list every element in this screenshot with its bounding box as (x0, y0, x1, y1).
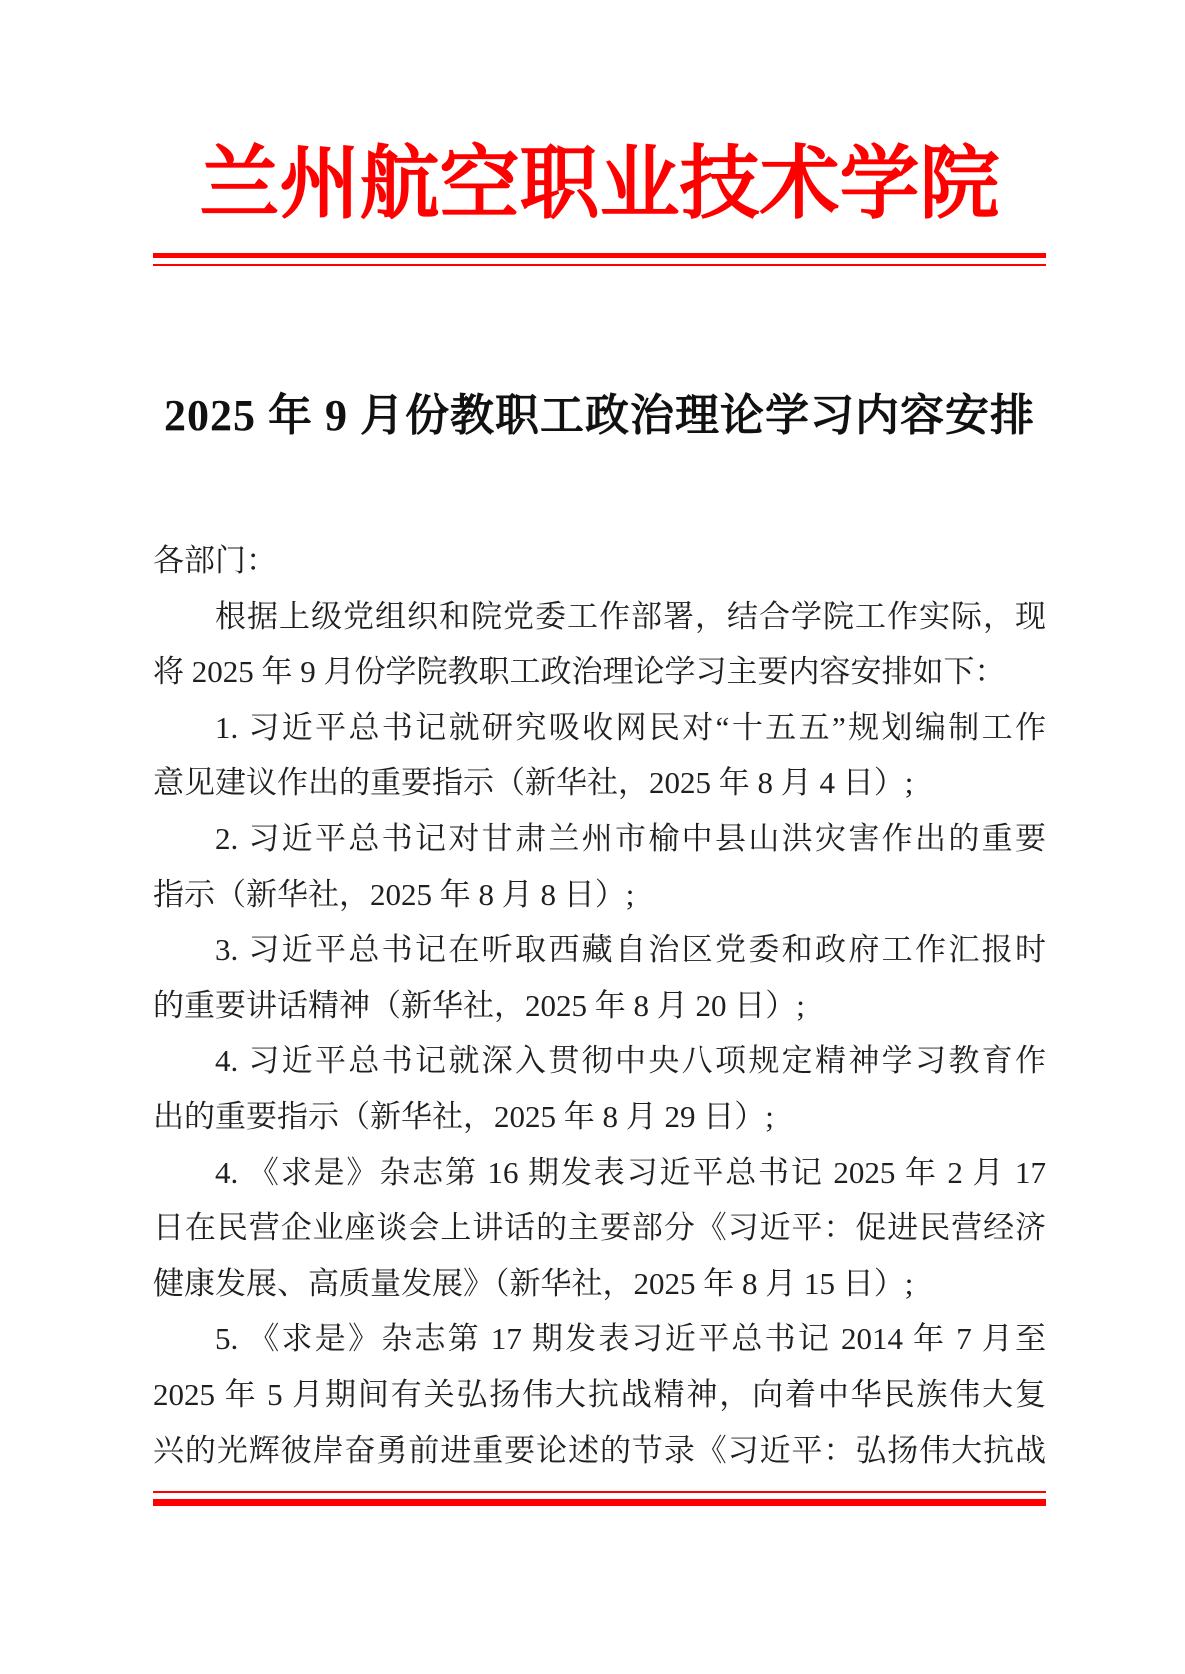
footer-rule-thick (153, 1499, 1046, 1506)
letterhead: 兰州航空职业技术学院 (153, 0, 1046, 266)
body-line: 根据上级党组织和院党委工作部署，结合学院工作实际，现 (153, 589, 1046, 645)
body-line: 指示（新华社，2025 年 8 月 8 日）; (153, 867, 1046, 923)
body-line: 意见建议作出的重要指示（新华社，2025 年 8 月 4 日）; (153, 755, 1046, 811)
body-line: 2. 习近平总书记对甘肃兰州市榆中县山洪灾害作出的重要 (153, 811, 1046, 867)
body-line: 日在民营企业座谈会上讲话的主要部分《习近平：促进民营经济 (153, 1200, 1046, 1256)
document-body: 各部门：根据上级党组织和院党委工作部署，结合学院工作实际，现将 2025 年 9… (153, 533, 1046, 1478)
body-line: 兴的光辉彼岸奋勇前进重要论述的节录《习近平：弘扬伟大抗战 (153, 1423, 1046, 1479)
document-title: 2025 年 9 月份教职工政治理论学习内容安排 (153, 394, 1046, 438)
body-line: 4. 习近平总书记就深入贯彻中央八项规定精神学习教育作 (153, 1033, 1046, 1089)
body-line: 2025 年 5 月期间有关弘扬伟大抗战精神，向着中华民族伟大复 (153, 1367, 1046, 1423)
body-line: 健康发展、高质量发展》（新华社，2025 年 8 月 15 日）; (153, 1256, 1046, 1312)
letterhead-rule-thick (153, 253, 1046, 258)
body-line: 的重要讲话精神（新华社，2025 年 8 月 20 日）; (153, 978, 1046, 1034)
letterhead-rule-thin (153, 264, 1046, 266)
body-line: 5. 《求是》杂志第 17 期发表习近平总书记 2014 年 7 月至 (153, 1311, 1046, 1367)
body-line: 1. 习近平总书记就研究吸收网民对“十五五”规划编制工作 (153, 700, 1046, 756)
organization-name: 兰州航空职业技术学院 (153, 145, 1046, 225)
body-line: 4. 《求是》杂志第 16 期发表习近平总书记 2025 年 2 月 17 (153, 1145, 1046, 1201)
body-line: 3. 习近平总书记在听取西藏自治区党委和政府工作汇报时 (153, 922, 1046, 978)
body-line: 出的重要指示（新华社，2025 年 8 月 29 日）; (153, 1089, 1046, 1145)
footer-divider (153, 1491, 1046, 1506)
footer-rule-thin (153, 1491, 1046, 1493)
body-line: 各部门： (153, 533, 1046, 589)
body-line: 将 2025 年 9 月份学院教职工政治理论学习主要内容安排如下： (153, 644, 1046, 700)
document-page: 兰州航空职业技术学院 2025 年 9 月份教职工政治理论学习内容安排 各部门：… (0, 0, 1185, 1674)
